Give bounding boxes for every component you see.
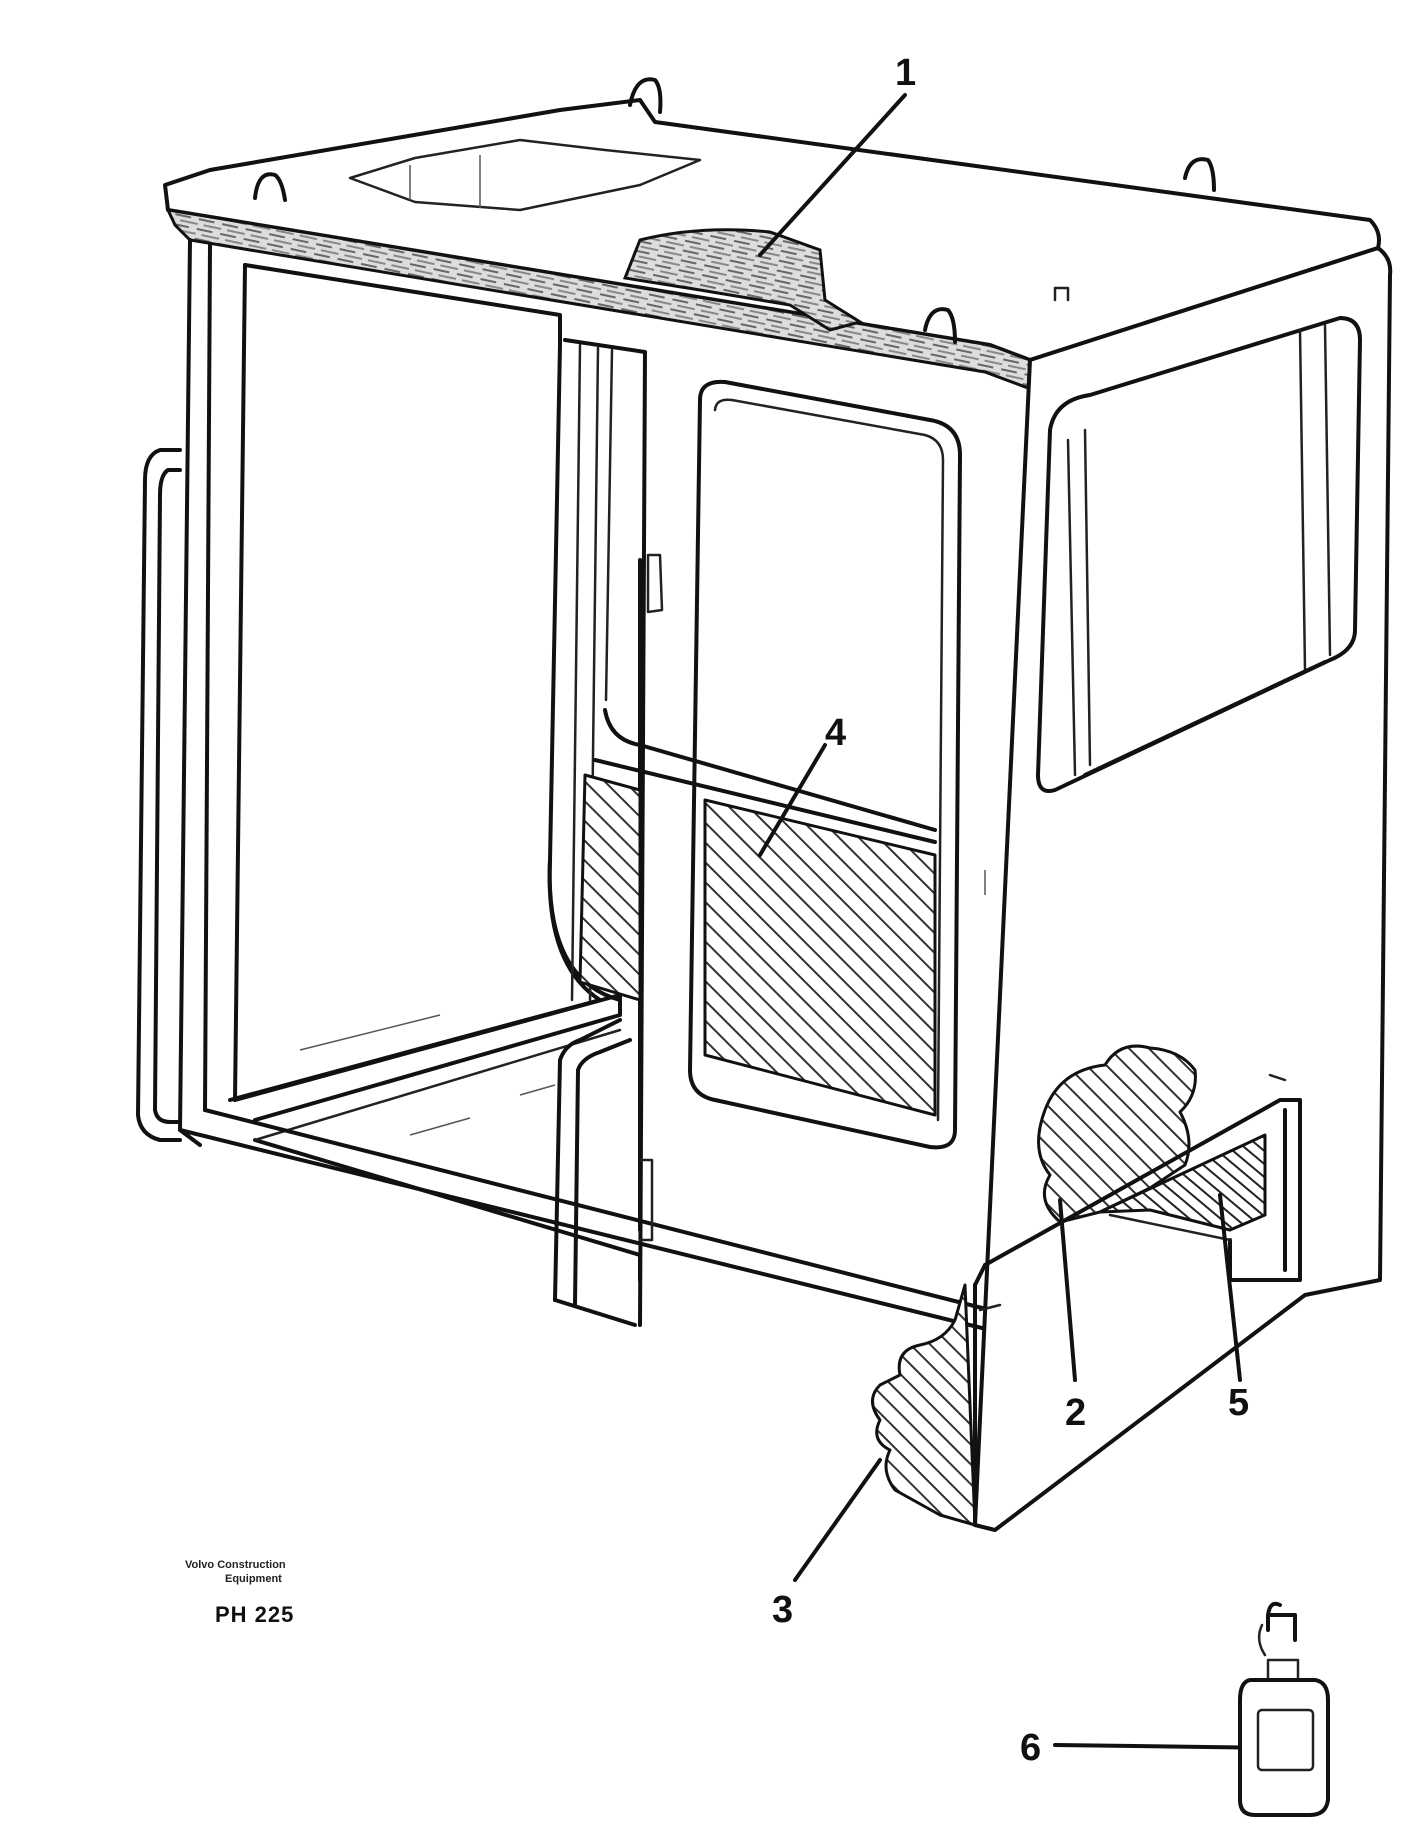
rear-insulation-panel — [580, 775, 640, 1000]
rear-lower-insulation-patch — [873, 1285, 976, 1525]
cab-parts-diagram: 1 4 2 5 3 6 Volvo Construction Equipment… — [0, 0, 1417, 1825]
caption-figure-code: PH 225 — [215, 1602, 294, 1627]
adhesive-bottle-icon — [1240, 1604, 1328, 1815]
lifting-eye-icon — [1185, 159, 1214, 190]
callout-3: 3 — [772, 1589, 793, 1631]
caption-publisher-line2: Equipment — [225, 1573, 282, 1585]
callout-4: 4 — [825, 712, 846, 754]
callout-2: 2 — [1065, 1392, 1086, 1434]
rear-insulation-panel — [705, 800, 935, 1115]
cab-side-wall — [975, 248, 1390, 1530]
callout-6: 6 — [1020, 1727, 1041, 1769]
caption-publisher-line1: Volvo Construction — [185, 1559, 286, 1571]
callout-1: 1 — [895, 52, 916, 94]
grab-handle — [138, 450, 180, 1140]
figure-caption: Volvo Construction Equipment PH 225 — [185, 1559, 294, 1627]
callout-5: 5 — [1228, 1382, 1249, 1424]
